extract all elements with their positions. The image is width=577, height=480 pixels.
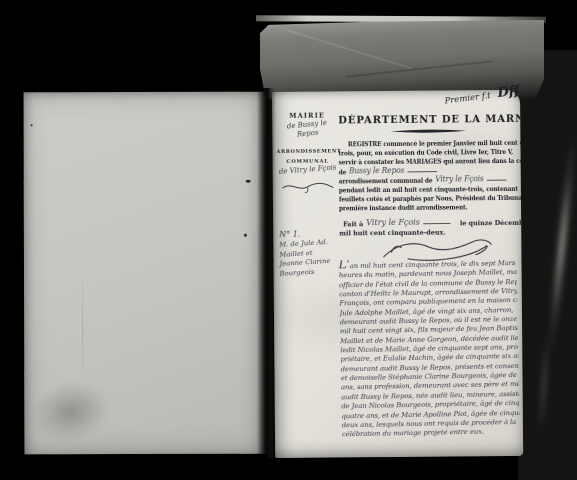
printed-line: feuillets cotés et paraphés par Nous, Pr… — [339, 193, 516, 204]
register-title-page: MAIRIE de Bussy le Repos ARRONDISSEMENT … — [272, 90, 523, 458]
arrondissement-handwritten: de Vitry le Fçois — [276, 163, 338, 176]
fait-place-handwritten: Vitry le Fçois — [366, 218, 420, 227]
page-title: DÉPARTEMENT DE LA MARNE. — [338, 114, 516, 127]
book-scan-photo: MAIRIE de Bussy le Repos ARRONDISSEMENT … — [0, 0, 577, 480]
book-fore-edge — [518, 50, 577, 480]
register-declaration: REGISTRE commencé le premier Janvier mil… — [338, 139, 515, 213]
margin-act-note: N° 1. M. de Jule Ad. Maillet et Jeanne C… — [279, 229, 339, 279]
marriage-act-handwriting: L'an mil huit cent cinquante trois, le d… — [339, 257, 520, 440]
act-line: célébration du mariage projeté entre eux… — [342, 427, 520, 440]
margin-column: MAIRIE de Bussy le Repos ARRONDISSEMENT … — [276, 107, 340, 318]
ink-speck — [246, 180, 251, 183]
arrondissement-label: ARRONDISSEMENT — [276, 148, 338, 155]
main-column: DÉPARTEMENT DE LA MARNE. REGISTRE commen… — [338, 90, 519, 458]
paper-fold — [82, 270, 83, 385]
paper-crease — [345, 60, 492, 77]
ink-smudge — [25, 374, 116, 449]
book-gutter — [257, 88, 276, 458]
commune-name-handwritten: Bussy le Repos — [349, 166, 404, 175]
printed-line: première instance dudit arrondissement. — [339, 203, 516, 214]
fore-edge-highlight-2 — [533, 310, 555, 460]
mairie-commune-handwritten: de Bussy le Repos — [278, 118, 337, 140]
ink-speck — [31, 124, 33, 126]
arrondissement-name-handwritten: Vitry le Fçois — [435, 175, 484, 184]
fait-a-line: Fait àVitry le Fçois—————le quinze Décem… — [343, 218, 515, 229]
annotation-paraph: Dff — [497, 83, 521, 101]
decorative-rule — [388, 127, 468, 135]
paper-crease — [285, 29, 411, 69]
ink-speck — [244, 234, 247, 237]
margin-flourish — [281, 179, 335, 193]
blank-left-page — [24, 92, 269, 455]
